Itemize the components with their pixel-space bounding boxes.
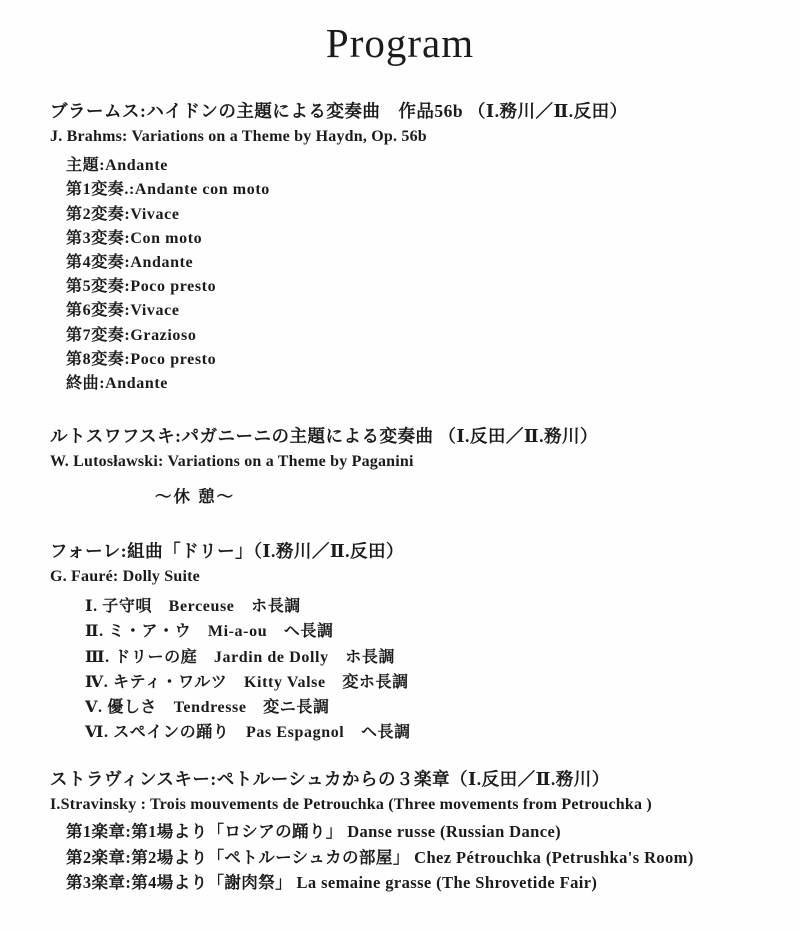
section-brahms: ブラームス:ハイドンの主題による変奏曲 作品56b （Ⅰ.務川／Ⅱ.反田） J.… bbox=[0, 100, 800, 396]
list-item: 終曲:Andante bbox=[66, 372, 780, 396]
list-item: Ⅱ. ミ・ア・ウ Mi-a-ou ヘ長調 bbox=[85, 619, 780, 644]
section-stravinsky: ストラヴィンスキー:ペトルーシュカからの３楽章（Ⅰ.反田／Ⅱ.務川） I.Str… bbox=[0, 768, 800, 895]
list-item: 主題:Andante bbox=[66, 154, 780, 178]
list-item: Ⅲ. ドリーの庭 Jardin de Dolly ホ長調 bbox=[85, 645, 780, 670]
section-lutoslawski: ルトスワフスキ:パガニーニの主題による変奏曲 （Ⅰ.反田／Ⅱ.務川） W. Lu… bbox=[0, 425, 800, 472]
list-item: 第6変奏:Vivace bbox=[66, 299, 780, 323]
brahms-heading-en: J. Brahms: Variations on a Theme by Hayd… bbox=[50, 127, 780, 147]
program-page: Program ブラームス:ハイドンの主題による変奏曲 作品56b （Ⅰ.務川／… bbox=[0, 0, 800, 931]
list-item: Ⅴ. 優しさ Tendresse 変ニ長調 bbox=[85, 695, 780, 720]
list-item: 第8変奏:Poco presto bbox=[66, 348, 780, 372]
brahms-variation-list: 主題:Andante 第1変奏.:Andante con moto 第2変奏:V… bbox=[50, 154, 780, 396]
stravinsky-heading-ja: ストラヴィンスキー:ペトルーシュカからの３楽章（Ⅰ.反田／Ⅱ.務川） bbox=[50, 768, 780, 790]
brahms-heading-ja: ブラームス:ハイドンの主題による変奏曲 作品56b （Ⅰ.務川／Ⅱ.反田） bbox=[50, 100, 780, 122]
list-item: Ⅰ. 子守唄 Berceuse ホ長調 bbox=[85, 594, 780, 619]
faure-movement-list: Ⅰ. 子守唄 Berceuse ホ長調 Ⅱ. ミ・ア・ウ Mi-a-ou ヘ長調… bbox=[50, 594, 780, 745]
page-title: Program bbox=[0, 20, 800, 67]
list-item: 第3変奏:Con moto bbox=[66, 227, 780, 251]
list-item: 第7変奏:Grazioso bbox=[66, 324, 780, 348]
list-item: 第5変奏:Poco presto bbox=[66, 275, 780, 299]
intermission-label: ～休 憩～ bbox=[0, 487, 800, 507]
list-item: Ⅵ. スペインの踊り Pas Espagnol ヘ長調 bbox=[85, 720, 780, 745]
list-item: 第2変奏:Vivace bbox=[66, 203, 780, 227]
list-item: 第4変奏:Andante bbox=[66, 251, 780, 275]
lutoslawski-heading-ja: ルトスワフスキ:パガニーニの主題による変奏曲 （Ⅰ.反田／Ⅱ.務川） bbox=[50, 425, 780, 447]
faure-heading-ja: フォーレ:組曲「ドリー」（Ⅰ.務川／Ⅱ.反田） bbox=[50, 540, 780, 562]
list-item: 第1変奏.:Andante con moto bbox=[66, 178, 780, 202]
lutoslawski-heading-en: W. Lutosławski: Variations on a Theme by… bbox=[50, 452, 780, 472]
section-faure: フォーレ:組曲「ドリー」（Ⅰ.務川／Ⅱ.反田） G. Fauré: Dolly … bbox=[0, 540, 800, 745]
list-item: 第1楽章:第1場より「ロシアの踊り」 Danse russe (Russian … bbox=[66, 819, 780, 844]
list-item: Ⅳ. キティ・ワルツ Kitty Valse 変ホ長調 bbox=[85, 670, 780, 695]
stravinsky-heading-en: I.Stravinsky : Trois mouvements de Petro… bbox=[50, 795, 780, 815]
faure-heading-en: G. Fauré: Dolly Suite bbox=[50, 567, 780, 587]
list-item: 第3楽章:第4場より「謝肉祭」 La semaine grasse (The S… bbox=[66, 870, 780, 895]
stravinsky-movement-list: 第1楽章:第1場より「ロシアの踊り」 Danse russe (Russian … bbox=[50, 819, 780, 895]
list-item: 第2楽章:第2場より「ペトルーシュカの部屋」 Chez Pétrouchka (… bbox=[66, 845, 780, 870]
